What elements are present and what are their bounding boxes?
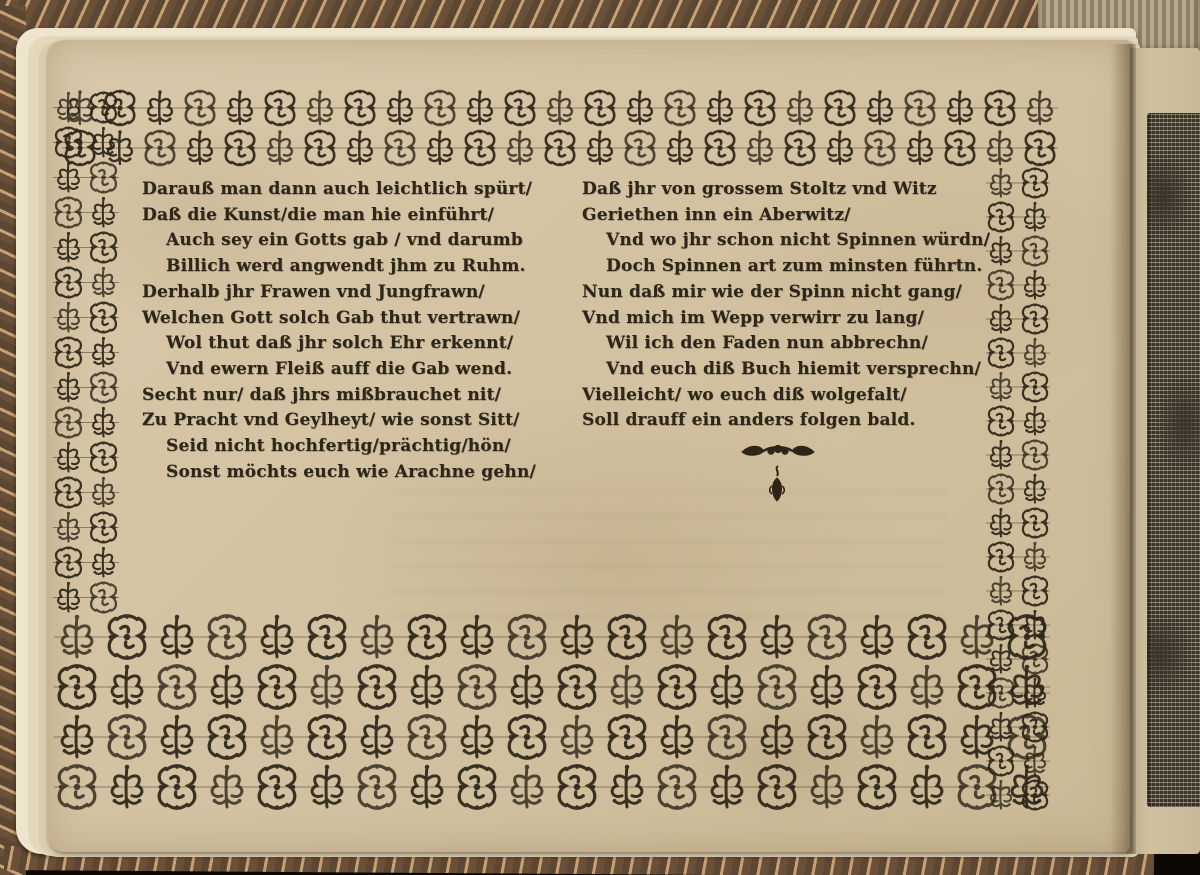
poem-column-right: Daß jhr von grossem Stoltz vnd WitzGerie… — [582, 177, 1002, 434]
poem-line: Welchen Gott solch Gab thut vertrawn/ — [142, 306, 582, 332]
poem-line: Zu Pracht vnd Geylheyt/ wie sonst Sitt/ — [142, 408, 582, 434]
woodcut-border-top — [60, 88, 1060, 168]
poem-line: Geriethen inn ein Aberwitz/ — [582, 203, 1002, 229]
lace-pattern-plate-sliver — [1147, 113, 1200, 807]
poem-line: Secht nur/ daß jhrs mißbrauchet nit/ — [142, 383, 582, 409]
poem-line: Wol thut daß jhr solch Ehr erkennt/ — [142, 331, 582, 357]
tailpiece-ornament — [728, 440, 828, 518]
poem-line: Auch sey ein Gotts gab / vnd darumb — [142, 228, 582, 254]
hedera-leaf-icon — [770, 466, 785, 501]
poem-line: Vnd wo jhr schon nicht Spinnen würdn/ — [582, 228, 1002, 254]
poem-line: Daß die Kunst/die man hie einführt/ — [142, 203, 582, 229]
poem-line: Vnd euch diß Buch hiemit versprechn/ — [582, 357, 1002, 383]
poem-line: Billich werd angwendt jhm zu Ruhm. — [142, 254, 582, 280]
poem-line: Vnd mich im Wepp verwirr zu lang/ — [582, 306, 1002, 332]
poem-line: Sonst möchts euch wie Arachne gehn/ — [142, 460, 582, 486]
poem-line: Nun daß mir wie der Spinn nicht gang/ — [582, 280, 1002, 306]
poem-line: Darauß man dann auch leichtlich spürt/ — [142, 177, 582, 203]
poem-line: Derhalb jhr Frawen vnd Jungfrawn/ — [142, 280, 582, 306]
poem-line: Daß jhr von grossem Stoltz vnd Witz — [582, 177, 1002, 203]
ink-showthrough — [392, 468, 948, 618]
woodcut-border-left — [51, 90, 121, 615]
poem-line: Vnd ewern Fleiß auff die Gab wend. — [142, 357, 582, 383]
poem-line: Wil ich den Faden nun abbrechn/ — [582, 331, 1002, 357]
woodcut-border-bottom — [52, 612, 1052, 812]
poem-line: Doch Spinnen art zum minsten führtn. — [582, 254, 1002, 280]
poem-line: Seid nicht hochfertig/prächtig/hön/ — [142, 434, 582, 460]
poem-line: Soll drauff ein anders folgen bald. — [582, 408, 1002, 434]
poem-column-left: Darauß man dann auch leichtlich spürt/Da… — [142, 177, 582, 485]
book-gutter-shadow — [1110, 44, 1136, 854]
fleuron-sprig-icon — [728, 440, 828, 514]
poem-line: Vielleicht/ wo euch diß wolgefalt/ — [582, 383, 1002, 409]
